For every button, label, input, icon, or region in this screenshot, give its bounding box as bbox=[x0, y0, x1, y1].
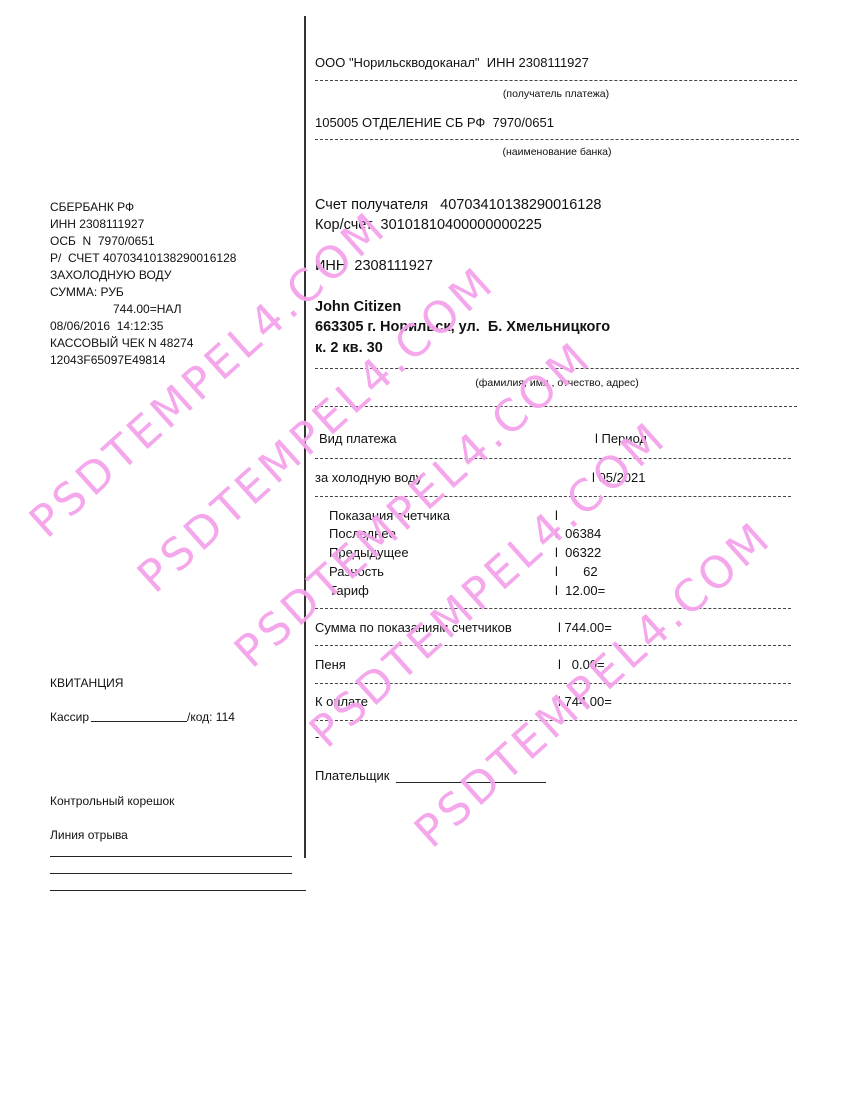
watermark-text: PSDTEMPEL4.COM bbox=[20, 201, 397, 547]
watermark-text: PSDTEMPEL4.COM bbox=[225, 331, 602, 677]
watermark-text: PSDTEMPEL4.COM bbox=[300, 411, 677, 757]
watermark-text: PSDTEMPEL4.COM bbox=[405, 511, 782, 857]
watermark-layer: PSDTEMPEL4.COM PSDTEMPEL4.COM PSDTEMPEL4… bbox=[0, 0, 850, 1100]
watermark-text: PSDTEMPEL4.COM bbox=[128, 256, 505, 602]
